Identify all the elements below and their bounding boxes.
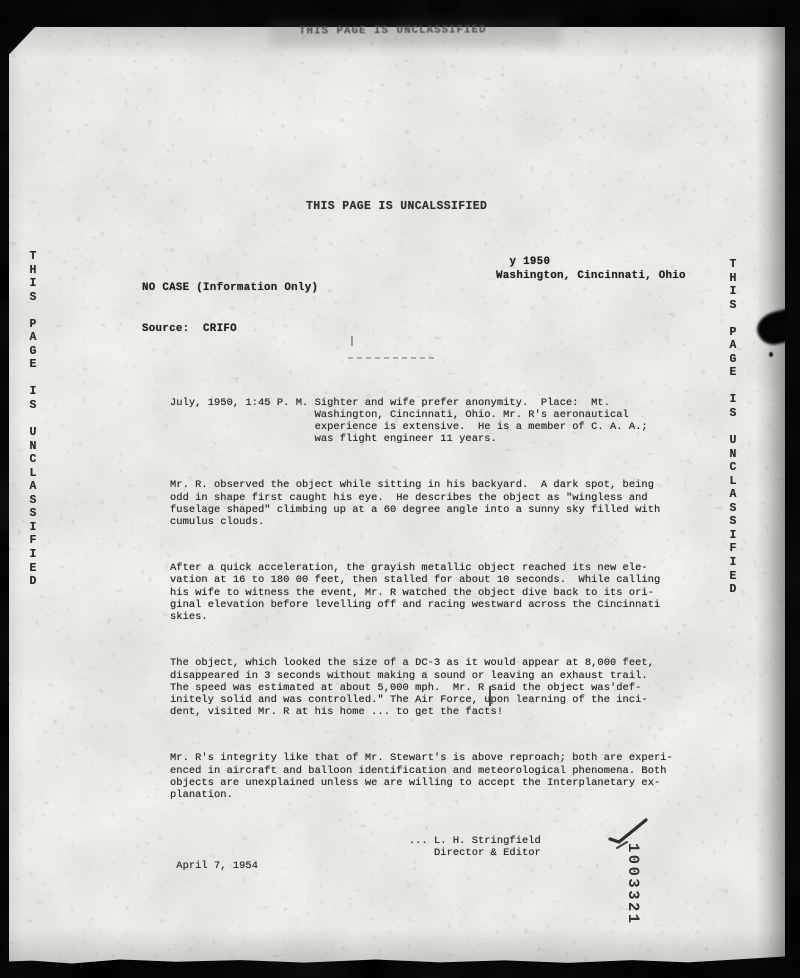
top-classification-stamp: THIS PAGE IS UNCLASSIFIED — [299, 24, 487, 37]
page-classification-heading: THIS PAGE IS UNCALSSIFIED — [306, 200, 487, 213]
scanned-document-page: THIS PAGE IS UNCLASSIFIED THIS PAGE IS U… — [0, 0, 800, 978]
paragraph-integrity: Mr. R's integrity like that of Mr. Stewa… — [170, 752, 700, 801]
date-location-header: y 1950 Washington, Cincinnati, Ohio — [496, 256, 686, 283]
ink-blot-dot — [769, 352, 773, 357]
pen-tick-mark — [351, 336, 353, 346]
paragraph-observation: Mr. R. observed the object while sitting… — [170, 479, 700, 528]
scan-border-right — [785, 0, 800, 978]
scan-border-left — [0, 0, 9, 978]
right-margin-classification: T H I S P A G E I S U N C L A S S I F I … — [723, 258, 743, 597]
left-margin-classification: T H I S P A G E I S U N C L A S S I F I … — [23, 250, 43, 589]
scan-edge-shadow — [756, 0, 786, 978]
faint-dash-mark — [348, 357, 434, 359]
paragraph-acceleration: After a quick acceleration, the grayish … — [170, 562, 700, 623]
case-header: NO CASE (Information Only) Source: CRIFO — [142, 255, 318, 363]
document-number-stamp: 1003321 — [624, 843, 642, 926]
scan-border-bottom — [0, 950, 800, 978]
paragraph-disappearance: The object, which looked the size of a D… — [170, 657, 700, 718]
pen-tick-mark — [489, 686, 491, 706]
scan-corner-wedge — [0, 26, 36, 64]
source-line: Source: CRIFO — [142, 323, 318, 337]
case-line: NO CASE (Information Only) — [142, 282, 318, 296]
paragraph-sighting-summary: July, 1950, 1:45 P. M. Sighter and wife … — [170, 397, 700, 446]
